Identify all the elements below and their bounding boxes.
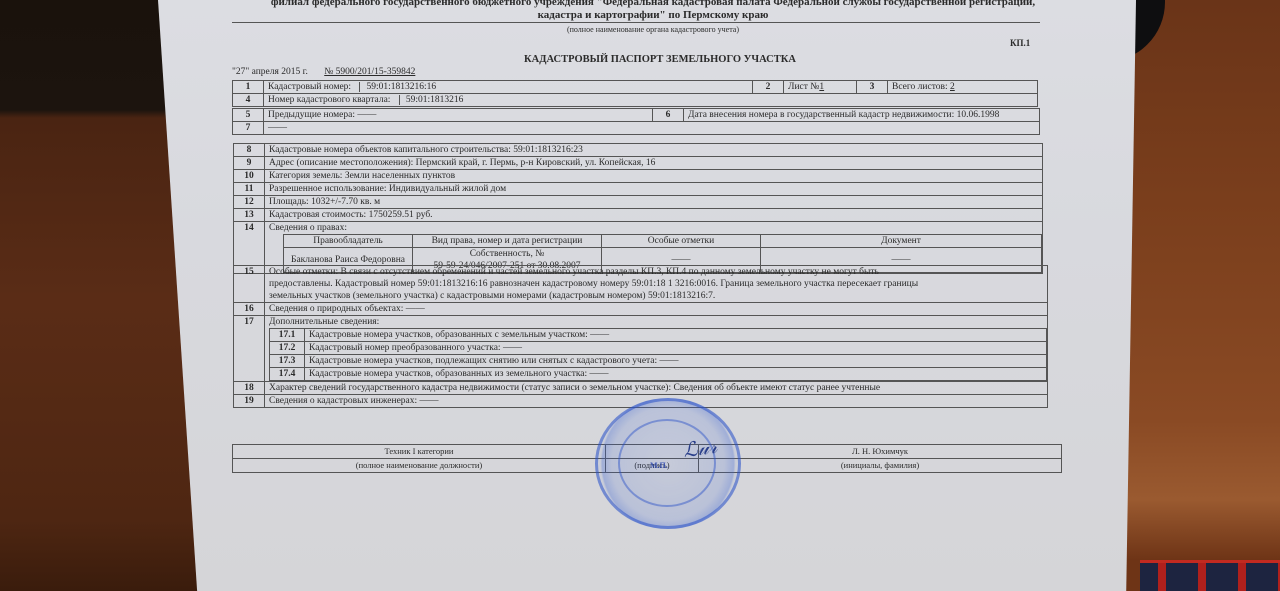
- col-right: Вид права, номер и дата регистрации: [413, 235, 602, 248]
- label: Кадастровый номер:: [268, 82, 351, 92]
- sheet-number: 1: [819, 82, 824, 92]
- row-num: 9: [234, 157, 265, 170]
- land-category: Категория земель: Земли населенных пункт…: [265, 170, 1043, 183]
- special-notes-line1: Особые отметки: В связи с отсутствием об…: [269, 266, 1043, 278]
- org-caption: (полное наименование органа кадастрового…: [258, 25, 1048, 34]
- name-caption: (инициалы, фамилия): [699, 459, 1062, 473]
- permitted-use: Разрешенное использование: Индивидуальны…: [265, 183, 1043, 196]
- row-num: 2: [753, 81, 784, 94]
- right-type: Собственность, №: [417, 248, 597, 260]
- quarter-number: 59:01:1813216: [399, 95, 464, 105]
- natural-objects: Сведения о природных объектах: ——: [265, 303, 1048, 316]
- row-17-4: 17.4Кадастровые номера участков, образов…: [270, 368, 1047, 381]
- passport-table-top: 1 Кадастровый номер: 59:01:1813216:16 2 …: [232, 80, 1038, 107]
- row-5: 5 Предыдущие номера: —— 6 Дата внесения …: [233, 109, 1040, 122]
- col-holder: Правообладатель: [284, 235, 413, 248]
- row-16: 16Сведения о природных объектах: ——: [234, 303, 1048, 316]
- label: Предыдущие номера:: [268, 110, 355, 120]
- row-4: 4 Номер кадастрового квартала: 59:01:181…: [233, 94, 1038, 107]
- additional-info-label: Дополнительные сведения:: [265, 316, 1047, 328]
- row-7-value: ——: [264, 122, 1040, 135]
- row-7: 7 ——: [233, 122, 1040, 135]
- row-num: 10: [234, 170, 265, 183]
- row-10: 10Категория земель: Земли населенных пун…: [234, 170, 1043, 183]
- row-num: 7: [233, 122, 264, 135]
- row-num: 5: [233, 109, 264, 122]
- rights-header: Правообладатель Вид права, номер и дата …: [284, 235, 1042, 248]
- handwritten-signature: ℒ𝓊𝓇: [681, 434, 718, 463]
- row-num: 15: [234, 266, 265, 303]
- sub-item-text: Кадастровый номер преобразованного участ…: [305, 342, 1047, 355]
- row-12: 12Площадь: 1032+/-7.70 кв. м: [234, 196, 1043, 209]
- row-num: 12: [234, 196, 265, 209]
- document-title: КАДАСТРОВЫЙ ПАСПОРТ ЗЕМЕЛЬНОГО УЧАСТКА: [300, 54, 1020, 65]
- document-date: "27" апреля 2015 г.: [232, 67, 308, 77]
- col-notes: Особые отметки: [602, 235, 761, 248]
- registration-date: 10.06.1998: [957, 110, 1000, 120]
- row-num: 17: [234, 316, 265, 382]
- row-num: 17.4: [270, 368, 305, 381]
- row-15: 15 Особые отметки: В связи с отсутствием…: [234, 266, 1048, 303]
- row-num: 17.2: [270, 342, 305, 355]
- capital-objects: Кадастровые номера объектов капитального…: [265, 144, 1043, 157]
- row-num: 8: [234, 144, 265, 157]
- sub-item-text: Кадастровые номера участков, образованны…: [305, 329, 1047, 342]
- previous-numbers: ——: [357, 110, 376, 120]
- area: Площадь: 1032+/-7.70 кв. м: [265, 196, 1043, 209]
- row-num: 17.1: [270, 329, 305, 342]
- passport-table-rows-15-19: 15 Особые отметки: В связи с отсутствием…: [233, 265, 1048, 408]
- sub-item-text: Кадастровые номера участков, образованны…: [305, 368, 1047, 381]
- row-num: 19: [234, 395, 265, 408]
- label: Номер кадастрового квартала:: [268, 95, 390, 105]
- row-num: 17.3: [270, 355, 305, 368]
- header-rule: [232, 22, 1040, 23]
- col-document: Документ: [761, 235, 1042, 248]
- row-num: 1: [233, 81, 264, 94]
- stamp-label: М.П.: [650, 461, 668, 470]
- form-code: КП.1: [1010, 38, 1030, 48]
- label: Дата внесения номера в государственный к…: [688, 110, 954, 120]
- official-stamp: М.П.: [595, 398, 741, 529]
- record-status: Характер сведений государственного кадас…: [265, 382, 1048, 395]
- row-17-1: 17.1Кадастровые номера участков, образов…: [270, 329, 1047, 342]
- row-11: 11Разрешенное использование: Индивидуаль…: [234, 183, 1043, 196]
- rights-label: Сведения о правах:: [265, 222, 1042, 234]
- label: Лист №: [788, 82, 819, 92]
- signer-name: Л. Н. Юхимчук: [699, 445, 1062, 459]
- special-notes-line3: земельных участков (земельного участка) …: [269, 290, 1043, 302]
- row-num: 16: [234, 303, 265, 316]
- rug: [1140, 560, 1280, 591]
- row-17: 17 Дополнительные сведения: 17.1Кадастро…: [234, 316, 1048, 382]
- passport-table-rows-5-7: 5 Предыдущие номера: —— 6 Дата внесения …: [232, 108, 1040, 135]
- special-notes-line2: предоставлены. Кадастровый номер 59:01:1…: [269, 278, 1043, 290]
- row-num: 13: [234, 209, 265, 222]
- row-13: 13Кадастровая стоимость: 1750259.51 руб.: [234, 209, 1043, 222]
- org-name-line1: филиал федерального государственного бюд…: [258, 0, 1048, 9]
- cadastral-number: 59:01:1813216:16: [359, 82, 436, 92]
- row-1: 1 Кадастровый номер: 59:01:1813216:16 2 …: [233, 81, 1038, 94]
- address: Адрес (описание местоположения): Пермски…: [265, 157, 1043, 170]
- position: Техник I категории: [233, 445, 606, 459]
- row-num: 11: [234, 183, 265, 196]
- row-num: 6: [653, 109, 684, 122]
- row-8: 8Кадастровые номера объектов капитальног…: [234, 144, 1043, 157]
- document-date-number: "27" апреля 2015 г. № 5900/201/15-359842: [232, 67, 415, 77]
- sub-item-text: Кадастровые номера участков, подлежащих …: [305, 355, 1047, 368]
- row-num: 18: [234, 382, 265, 395]
- document-number: № 5900/201/15-359842: [324, 67, 415, 77]
- position-caption: (полное наименование должности): [233, 459, 606, 473]
- row-17-3: 17.3Кадастровые номера участков, подлежа…: [270, 355, 1047, 368]
- total-sheets: 2: [950, 82, 955, 92]
- row-17-2: 17.2Кадастровый номер преобразованного у…: [270, 342, 1047, 355]
- row-num: 4: [233, 94, 264, 107]
- row-18: 18Характер сведений государственного кад…: [234, 382, 1048, 395]
- org-name-line2: кадастра и картографии" по Пермскому кра…: [258, 9, 1048, 21]
- additional-info-table: 17.1Кадастровые номера участков, образов…: [269, 328, 1047, 381]
- passport-table-rows-8-14: 8Кадастровые номера объектов капитальног…: [233, 143, 1043, 274]
- label: Всего листов:: [892, 82, 948, 92]
- row-num: 3: [857, 81, 888, 94]
- row-9: 9Адрес (описание местоположения): Пермск…: [234, 157, 1043, 170]
- cadastral-value: Кадастровая стоимость: 1750259.51 руб.: [265, 209, 1043, 222]
